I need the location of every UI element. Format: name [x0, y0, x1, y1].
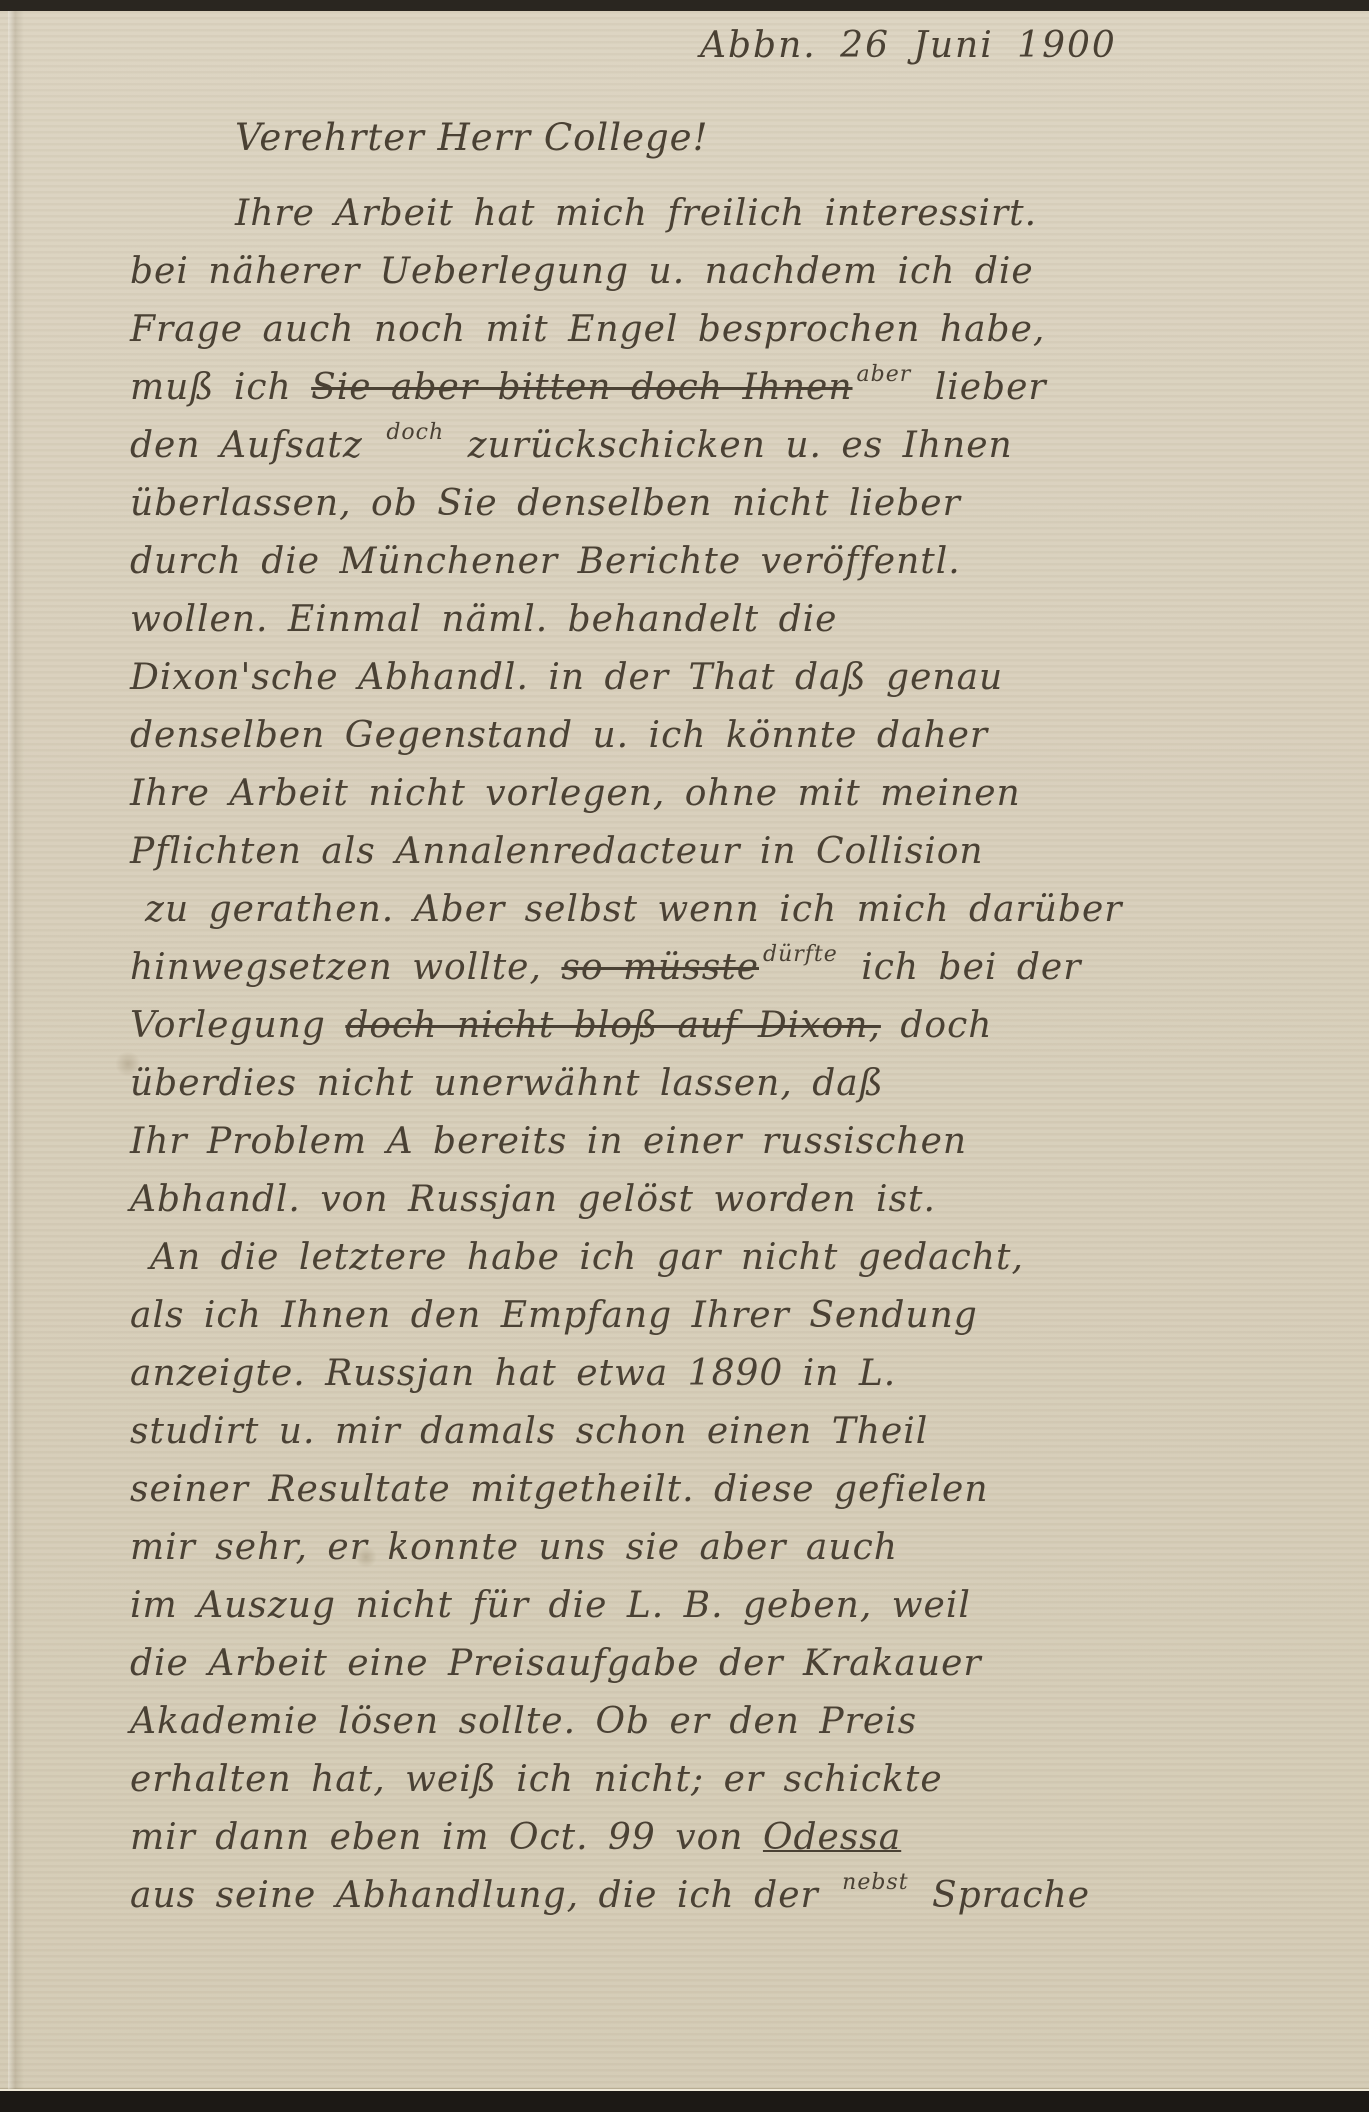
letter-text-segment: erhalten hat, weiß ich nicht; er schickt…	[130, 1759, 943, 1800]
letter-text-segment: doch nicht bloß auf Dixon,	[345, 1005, 881, 1046]
letter-line: überlassen, ob Sie denselben nicht liebe…	[130, 475, 1309, 533]
letter-text-segment: Ihr Problem A bereits in einer russische…	[130, 1121, 967, 1162]
letter-line: seiner Resultate mitgetheilt. diese gefi…	[130, 1461, 1309, 1519]
letter-line: Akademie lösen sollte. Ob er den Preis	[130, 1693, 1309, 1751]
letter-text-segment: seiner Resultate mitgetheilt. diese gefi…	[130, 1469, 989, 1510]
letter-text-segment: dürfte	[763, 926, 838, 984]
letter-line: bei näherer Ueberlegung u. nachdem ich d…	[130, 243, 1309, 301]
letter-line: Pflichten als Annalenredacteur in Collis…	[130, 823, 1309, 881]
letter-text-segment: aber	[857, 346, 912, 404]
letter-line: denselben Gegenstand u. ich könnte daher	[130, 707, 1309, 765]
letter-text-segment: Vorlegung	[130, 1005, 345, 1046]
letter-text-segment: Abhandl. von Russjan gelöst worden ist.	[130, 1179, 936, 1220]
letter-text-segment: Sprache	[913, 1875, 1090, 1916]
letter-salutation: Verehrter Herr College!	[0, 116, 1369, 159]
letter-line: studirt u. mir damals schon einen Theil	[130, 1403, 1309, 1461]
letter-text-segment: lieber	[915, 367, 1046, 408]
letter-text-segment: Odessa	[763, 1817, 901, 1858]
letter-text-segment: Frage auch noch mit Engel besprochen hab…	[130, 309, 1045, 350]
letter-text-segment: so müsste	[561, 947, 759, 988]
letter-line: mir sehr, er konnte uns sie aber auch	[130, 1519, 1309, 1577]
letter-text-segment: Pflichten als Annalenredacteur in Collis…	[130, 831, 984, 872]
letter-line: mir dann eben im Oct. 99 von Odessa	[130, 1809, 1309, 1867]
letter-text-segment: zurückschicken u. es Ihnen	[448, 425, 1013, 466]
letter-text-segment: hinwegsetzen wollte,	[130, 947, 561, 988]
letter-line: durch die Münchener Berichte veröffentl.	[130, 533, 1309, 591]
letter-line: muß ich Sie aber bitten doch Ihnenaber l…	[130, 359, 1309, 417]
letter-line: hinwegsetzen wollte, so müsstedürfte ich…	[130, 939, 1309, 997]
scan-background: Abbn. 26 Juni 1900 Verehrter Herr Colleg…	[0, 0, 1369, 2112]
letter-text-segment: zu gerathen. Aber selbst wenn ich mich d…	[145, 889, 1123, 930]
letter-line: als ich Ihnen den Empfang Ihrer Sendung	[130, 1287, 1309, 1345]
letter-text-segment: denselben Gegenstand u. ich könnte daher	[130, 715, 988, 756]
letter-text-segment: den Aufsatz	[130, 425, 382, 466]
letter-page: Abbn. 26 Juni 1900 Verehrter Herr Colleg…	[0, 11, 1369, 2089]
letter-text-segment: Dixon'sche Abhandl. in der That daß gena…	[130, 657, 1003, 698]
letter-text-segment: aus seine Abhandlung, die ich der	[130, 1875, 838, 1916]
letter-text-segment: im Auszug nicht für die L. B. geben, wei…	[130, 1585, 971, 1626]
letter-text-segment: durch die Münchener Berichte veröffentl.	[130, 541, 961, 582]
letter-line: anzeigte. Russjan hat etwa 1890 in L.	[130, 1345, 1309, 1403]
letter-text-segment: Akademie lösen sollte. Ob er den Preis	[130, 1701, 917, 1742]
letter-line: erhalten hat, weiß ich nicht; er schickt…	[130, 1751, 1309, 1809]
letter-line: Ihr Problem A bereits in einer russische…	[130, 1113, 1309, 1171]
letter-line: den Aufsatz doch zurückschicken u. es Ih…	[130, 417, 1309, 475]
letter-text-segment: Ihre Arbeit hat mich freilich interessir…	[235, 193, 1037, 234]
letter-text-segment: nebst	[842, 1854, 908, 1912]
letter-text-segment: doch	[881, 1005, 993, 1046]
letter-text-segment: mir dann eben im Oct. 99 von	[130, 1817, 763, 1858]
paper-blemish	[355, 1546, 377, 1568]
letter-line: Vorlegung doch nicht bloß auf Dixon, doc…	[130, 997, 1309, 1055]
letter-text-segment: überdies nicht unerwähnt lassen, daß	[130, 1063, 884, 1104]
letter-text-segment: die Arbeit eine Preisaufgabe der Krakaue…	[130, 1643, 982, 1684]
letter-dateline: Abbn. 26 Juni 1900	[0, 11, 1369, 66]
letter-line: überdies nicht unerwähnt lassen, daß	[130, 1055, 1309, 1113]
letter-text-segment: wollen. Einmal näml. behandelt die	[130, 599, 837, 640]
letter-text-segment: Ihre Arbeit nicht vorlegen, ohne mit mei…	[130, 773, 1021, 814]
letter-line: Ihre Arbeit hat mich freilich interessir…	[130, 185, 1309, 243]
letter-line: Frage auch noch mit Engel besprochen hab…	[130, 301, 1309, 359]
letter-line: An die letztere habe ich gar nicht gedac…	[130, 1229, 1309, 1287]
letter-line: Dixon'sche Abhandl. in der That daß gena…	[130, 649, 1309, 707]
letter-line: aus seine Abhandlung, die ich der nebst …	[130, 1867, 1309, 1925]
letter-text-segment: mir sehr, er konnte uns sie aber auch	[130, 1527, 898, 1568]
letter-line: wollen. Einmal näml. behandelt die	[130, 591, 1309, 649]
letter-text-segment: bei näherer Ueberlegung u. nachdem ich d…	[130, 251, 1034, 292]
letter-body: Ihre Arbeit hat mich freilich interessir…	[0, 185, 1369, 1925]
letter-text-segment: als ich Ihnen den Empfang Ihrer Sendung	[130, 1295, 978, 1336]
letter-line: die Arbeit eine Preisaufgabe der Krakaue…	[130, 1635, 1309, 1693]
letter-text-segment: anzeigte. Russjan hat etwa 1890 in L.	[130, 1353, 896, 1394]
letter-text-segment: ich bei der	[842, 947, 1082, 988]
letter-line: Abhandl. von Russjan gelöst worden ist.	[130, 1171, 1309, 1229]
letter-text-segment: überlassen, ob Sie denselben nicht liebe…	[130, 483, 961, 524]
letter-line: zu gerathen. Aber selbst wenn ich mich d…	[130, 881, 1309, 939]
paper-blemish	[115, 1051, 141, 1077]
letter-text-segment: An die letztere habe ich gar nicht gedac…	[150, 1237, 1024, 1278]
letter-line: Ihre Arbeit nicht vorlegen, ohne mit mei…	[130, 765, 1309, 823]
letter-text-segment: studirt u. mir damals schon einen Theil	[130, 1411, 928, 1452]
letter-line: im Auszug nicht für die L. B. geben, wei…	[130, 1577, 1309, 1635]
letter-text-segment: doch	[386, 404, 444, 462]
letter-text-segment: Sie aber bitten doch Ihnen	[311, 367, 852, 408]
letter-text-segment: muß ich	[130, 367, 311, 408]
